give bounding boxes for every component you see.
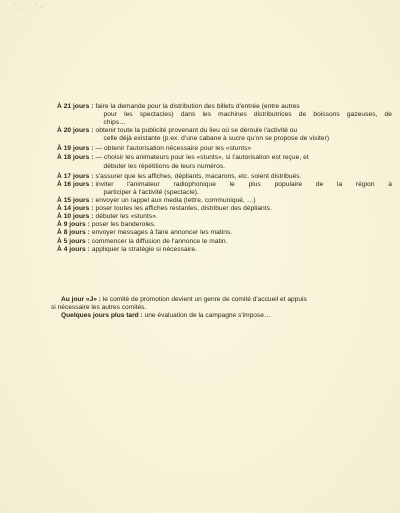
schedule-entry-16-days: À 16 jours : inviter l'animateur radioph…	[57, 181, 392, 197]
later-label: Quelques jours plus tard	[61, 312, 139, 319]
day-j-label: Au jour «J»	[61, 296, 97, 303]
entry-label: À 18 jours :	[57, 154, 96, 162]
entry-text: faire la demande pour la distribution de…	[96, 103, 392, 127]
entry-text: — obtenir l'autorisation nécessaire pour…	[96, 145, 392, 153]
scanned-page: À 21 jours : faire la demande pour la di…	[0, 0, 400, 513]
entry-text: poser les banderoles.	[92, 221, 392, 229]
schedule-entry-5-days: À 5 jours : commencer la diffusion de l'…	[57, 238, 392, 246]
promotion-schedule: À 21 jours : faire la demande pour la di…	[57, 103, 392, 254]
schedule-entry-9-days: À 9 jours : poser les banderoles.	[57, 221, 392, 229]
paper-speck	[14, 4, 15, 5]
schedule-entry-15-days: À 15 jours : envoyer un rappel aux media…	[57, 197, 392, 205]
closing-notes: Au jour «J» : le comité de promotion dev…	[57, 296, 387, 320]
day-j-paragraph: Au jour «J» : le comité de promotion dev…	[57, 296, 387, 304]
day-j-continuation: si nécessaire les autres comités.	[51, 304, 387, 312]
entry-text: envoyer messages à faire annoncer les ma…	[92, 229, 392, 237]
entry-label: À 17 jours :	[57, 173, 96, 181]
schedule-entry-19-days: À 19 jours : — obtenir l'autorisation né…	[57, 145, 392, 153]
entry-text: poser toutes les affiches restantes, dis…	[96, 205, 392, 213]
schedule-entry-17-days: À 17 jours : s'assurer que les affiches,…	[57, 173, 392, 181]
entry-text: inviter l'animateur radiophonique le plu…	[96, 181, 392, 197]
schedule-entry-8-days: À 8 jours : envoyer messages à faire ann…	[57, 229, 392, 237]
entry-text: obtenir toute la publicité provenant du …	[96, 127, 392, 143]
schedule-entry-18-days: À 18 jours : — choisir les animateurs po…	[57, 154, 392, 171]
later-text: une évaluation de la campagne s'impose…	[145, 312, 271, 319]
day-j-separator: :	[97, 296, 101, 303]
entry-label: À 5 jours :	[57, 238, 92, 246]
schedule-entry-4-days: À 4 jours : appliquer la stratégie si né…	[57, 246, 392, 254]
entry-label: À 16 jours :	[57, 181, 96, 189]
entry-text: débuter les «stunts».	[96, 213, 392, 221]
entry-label: À 20 jours :	[57, 127, 96, 135]
entry-text: — choisir les animateurs pour les «stunt…	[96, 154, 392, 171]
later-separator: :	[139, 312, 143, 319]
paper-speck	[18, 9, 19, 10]
entry-label: À 15 jours :	[57, 197, 96, 205]
entry-text: envoyer un rappel aux media (lettre, com…	[96, 197, 392, 205]
entry-label: À 21 jours :	[57, 103, 96, 111]
schedule-entry-14-days: À 14 jours : poser toutes les affiches r…	[57, 205, 392, 213]
schedule-entry-10-days: À 10 jours : débuter les «stunts».	[57, 213, 392, 221]
entry-text: commencer la diffusion de l'annonce le m…	[92, 238, 392, 246]
entry-label: À 4 jours :	[57, 246, 92, 254]
schedule-entry-21-days: À 21 jours : faire la demande pour la di…	[57, 103, 392, 127]
paper-speck	[36, 4, 37, 5]
schedule-entry-20-days: À 20 jours : obtenir toute la publicité …	[57, 127, 392, 143]
entry-text: appliquer la stratégie si nécessaire.	[92, 246, 392, 254]
paper-speck	[41, 7, 42, 8]
entry-text: s'assurer que les affiches, dépliants, m…	[96, 173, 392, 181]
entry-label: À 14 jours :	[57, 205, 96, 213]
entry-label: À 8 jours :	[57, 229, 92, 237]
later-paragraph: Quelques jours plus tard : une évaluatio…	[57, 312, 387, 320]
entry-label: À 19 jours :	[57, 145, 96, 153]
day-j-text: le comité de promotion devient un genre …	[103, 296, 307, 303]
